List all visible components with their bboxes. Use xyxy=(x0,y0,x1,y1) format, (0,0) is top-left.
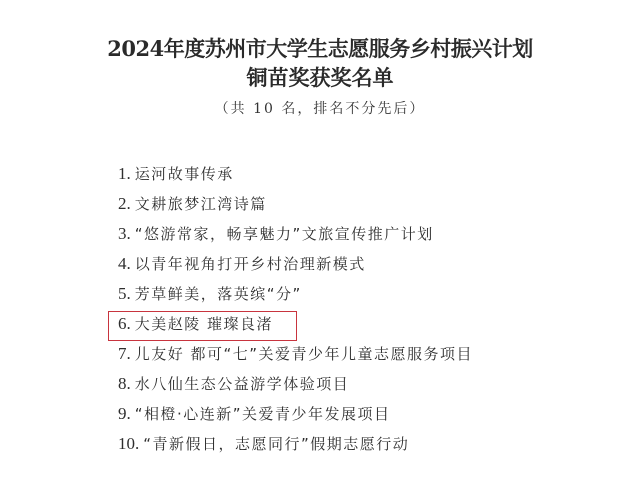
document-title-line1: 2024年度苏州市大学生志愿服务乡村振兴计划 xyxy=(0,33,640,63)
list-item: 7.儿友好 都可“七”关爱青少年儿童志愿服务项目 xyxy=(118,342,473,372)
item-number: 8. xyxy=(118,372,131,396)
list-item: 9.“相橙·心连新”关爱青少年发展项目 xyxy=(118,402,473,432)
list-item: 8.水八仙生态公益游学体验项目 xyxy=(118,372,473,402)
item-text: “悠游常家，畅享魅力”文旅宣传推广计划 xyxy=(135,225,434,243)
list-item: 4.以青年视角打开乡村治理新模式 xyxy=(118,252,473,282)
list-item: 3.“悠游常家，畅享魅力”文旅宣传推广计划 xyxy=(118,222,473,252)
item-number: 9. xyxy=(118,402,131,426)
item-text: 文耕旅梦江湾诗篇 xyxy=(135,195,267,213)
item-number: 3. xyxy=(118,222,131,246)
document-subtitle: （共 10 名，排名不分先后） xyxy=(0,98,640,118)
item-text: 芳草鲜美，落英缤“分” xyxy=(135,285,302,303)
list-item: 2.文耕旅梦江湾诗篇 xyxy=(118,192,473,222)
item-number: 1. xyxy=(118,162,131,186)
item-text: 水八仙生态公益游学体验项目 xyxy=(135,375,350,393)
item-number: 2. xyxy=(118,192,131,216)
document-title-line2: 铜苗奖获奖名单 xyxy=(0,62,640,92)
item-text: 儿友好 都可“七”关爱青少年儿童志愿服务项目 xyxy=(135,345,473,363)
list-item: 10.“青新假日，志愿同行”假期志愿行动 xyxy=(118,432,473,462)
highlight-box xyxy=(108,311,297,341)
item-number: 4. xyxy=(118,252,131,276)
item-number: 10. xyxy=(118,432,139,456)
item-number: 5. xyxy=(118,282,131,306)
list-item: 5.芳草鲜美，落英缤“分” xyxy=(118,282,473,312)
list-item: 1.运河故事传承 xyxy=(118,162,473,192)
item-text: “青新假日，志愿同行”假期志愿行动 xyxy=(143,435,409,453)
item-text: 运河故事传承 xyxy=(135,165,234,183)
item-text: “相橙·心连新”关爱青少年发展项目 xyxy=(135,405,391,423)
item-text: 以青年视角打开乡村治理新模式 xyxy=(135,255,366,273)
item-number: 7. xyxy=(118,342,131,366)
